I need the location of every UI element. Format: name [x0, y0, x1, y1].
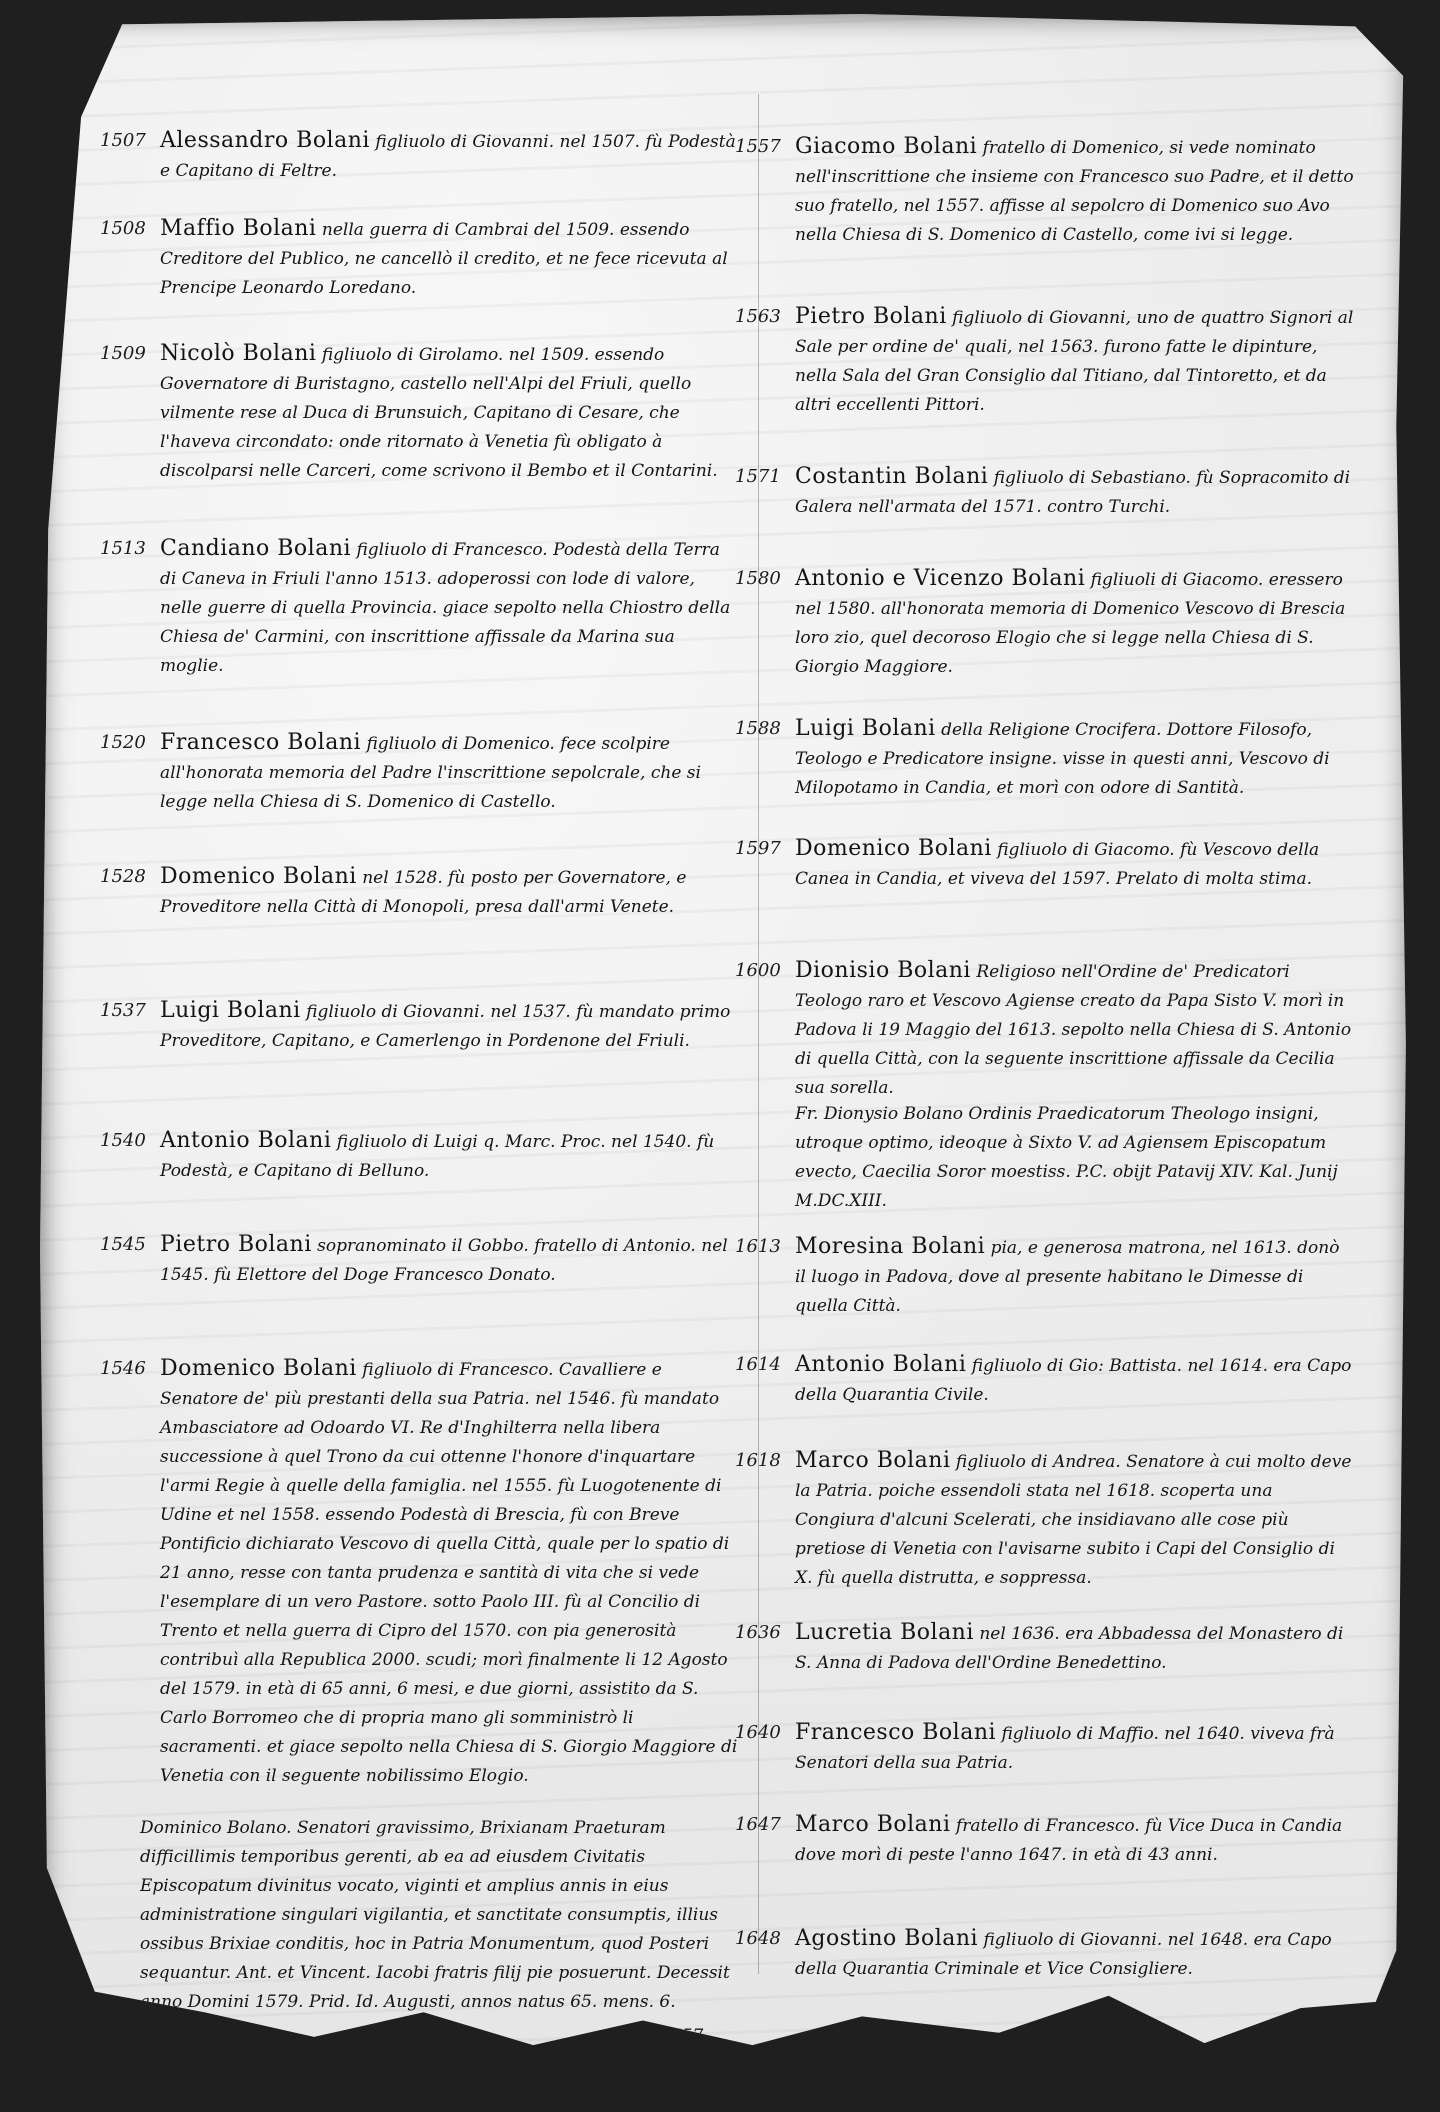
entry-text: figliuolo di Francesco. Cavalliere e Sen… — [160, 1360, 737, 1786]
entry-name: Francesco Bolani — [160, 730, 361, 755]
entry-1507: 1507 Alessandro Bolani figliuolo di Giov… — [100, 126, 740, 186]
entry-year: 1508 — [100, 214, 156, 243]
entry-name: Lucretia Bolani — [795, 1620, 974, 1645]
entry-1597: 1597 Domenico Bolani figliuolo di Giacom… — [735, 834, 1355, 894]
entry-1571: 1571 Costantin Bolani figliuolo di Sebas… — [735, 462, 1355, 522]
entry-name: Pietro Bolani — [160, 1232, 312, 1257]
entry-name: Costantin Bolani — [795, 464, 988, 489]
entry-year: 1600 — [735, 956, 791, 985]
entry-name: Nicolò Bolani — [160, 341, 316, 366]
entry-name: Pietro Bolani — [795, 304, 947, 329]
entry-year: 1613 — [735, 1232, 791, 1261]
entry-year: 1640 — [735, 1718, 791, 1747]
entry-name: Marco Bolani — [795, 1448, 951, 1473]
entry-name: Marco Bolani — [795, 1812, 951, 1837]
entry-1600: 1600 Dionisio Bolani Religioso nell'Ordi… — [735, 956, 1355, 1103]
epitaph-text: Dominico Bolano. Senatori gravissimo, Br… — [140, 1814, 740, 2017]
epitaph-domenico: Dominico Bolano. Senatori gravissimo, Br… — [100, 1814, 740, 2017]
left-footer-year: 1557 — [660, 2026, 703, 2046]
entry-year: 1571 — [735, 462, 791, 491]
entry-year: 1509 — [100, 339, 156, 368]
epitaph-text: Fr. Dionysio Bolano Ordinis Praedicatoru… — [795, 1100, 1355, 1216]
entry-year: 1513 — [100, 534, 156, 563]
entry-year: 1648 — [735, 1924, 791, 1953]
entry-name: Domenico Bolani — [795, 836, 992, 861]
entry-name: Maffio Bolani — [160, 216, 316, 241]
entry-name: Antonio Bolani — [160, 1128, 331, 1153]
entry-1528: 1528 Domenico Bolani nel 1528. fù posto … — [100, 862, 740, 922]
entry-year: 1540 — [100, 1126, 156, 1155]
entry-year: 1580 — [735, 564, 791, 593]
entry-1618: 1618 Marco Bolani figliuolo di Andrea. S… — [735, 1446, 1355, 1593]
entry-year: 1647 — [735, 1810, 791, 1839]
entry-name: Candiano Bolani — [160, 536, 351, 561]
entry-name: Luigi Bolani — [795, 716, 936, 741]
entry-year: 1588 — [735, 714, 791, 743]
entry-year: 1618 — [735, 1446, 791, 1475]
entry-1563: 1563 Pietro Bolani figliuolo di Giovanni… — [735, 302, 1355, 420]
entry-1636: 1636 Lucretia Bolani nel 1636. era Abbad… — [735, 1618, 1355, 1678]
entry-1545: 1545 Pietro Bolani sopranominato il Gobb… — [100, 1230, 740, 1290]
entry-1520: 1520 Francesco Bolani figliuolo di Domen… — [100, 728, 740, 817]
manuscript-page: 1507 Alessandro Bolani figliuolo di Giov… — [40, 14, 1410, 2074]
entry-name: Domenico Bolani — [160, 864, 357, 889]
entry-year: 1563 — [735, 302, 791, 331]
entry-name: Giacomo Bolani — [795, 134, 977, 159]
entry-year: 1614 — [735, 1350, 791, 1379]
entry-1557: 1557 Giacomo Bolani fratello di Domenico… — [735, 132, 1355, 250]
entry-year: 1557 — [735, 132, 791, 161]
right-footer-year: 1649 — [1295, 2014, 1338, 2034]
entry-1537: 1537 Luigi Bolani figliuolo di Giovanni.… — [100, 996, 740, 1056]
entry-1508: 1508 Maffio Bolani nella guerra di Cambr… — [100, 214, 740, 303]
entry-name: Dionisio Bolani — [795, 958, 971, 983]
entry-name: Luigi Bolani — [160, 998, 301, 1023]
entry-1546: 1546 Domenico Bolani figliuolo di France… — [100, 1354, 740, 1791]
entry-year: 1528 — [100, 862, 156, 891]
entry-1648: 1648 Agostino Bolani figliuolo di Giovan… — [735, 1924, 1355, 1984]
entry-year: 1520 — [100, 728, 156, 757]
entry-name: Antonio Bolani — [795, 1352, 966, 1377]
entry-1580: 1580 Antonio e Vicenzo Bolani figliuoli … — [735, 564, 1355, 682]
entry-year: 1507 — [100, 126, 156, 155]
entry-year: 1546 — [100, 1354, 156, 1383]
entry-name: Francesco Bolani — [795, 1720, 996, 1745]
entry-1513: 1513 Candiano Bolani figliuolo di France… — [100, 534, 740, 681]
entry-year: 1545 — [100, 1230, 156, 1259]
entry-year: 1537 — [100, 996, 156, 1025]
entry-1509: 1509 Nicolò Bolani figliuolo di Girolamo… — [100, 339, 740, 486]
entry-1647: 1647 Marco Bolani fratello di Francesco.… — [735, 1810, 1355, 1870]
entry-name: Antonio e Vicenzo Bolani — [795, 566, 1085, 591]
entry-year: 1597 — [735, 834, 791, 863]
entry-name: Moresina Bolani — [795, 1234, 985, 1259]
entry-1540: 1540 Antonio Bolani figliuolo di Luigi q… — [100, 1126, 740, 1186]
entry-name: Agostino Bolani — [795, 1926, 978, 1951]
entry-year: 1636 — [735, 1618, 791, 1647]
entry-1640: 1640 Francesco Bolani figliuolo di Maffi… — [735, 1718, 1355, 1778]
entry-1614: 1614 Antonio Bolani figliuolo di Gio: Ba… — [735, 1350, 1355, 1410]
epitaph-dionisio: Fr. Dionysio Bolano Ordinis Praedicatoru… — [735, 1100, 1355, 1216]
entry-name: Alessandro Bolani — [160, 128, 370, 153]
entry-1588: 1588 Luigi Bolani della Religione Crocif… — [735, 714, 1355, 803]
entry-name: Domenico Bolani — [160, 1356, 357, 1381]
entry-1613: 1613 Moresina Bolani pia, e generosa mat… — [735, 1232, 1355, 1321]
